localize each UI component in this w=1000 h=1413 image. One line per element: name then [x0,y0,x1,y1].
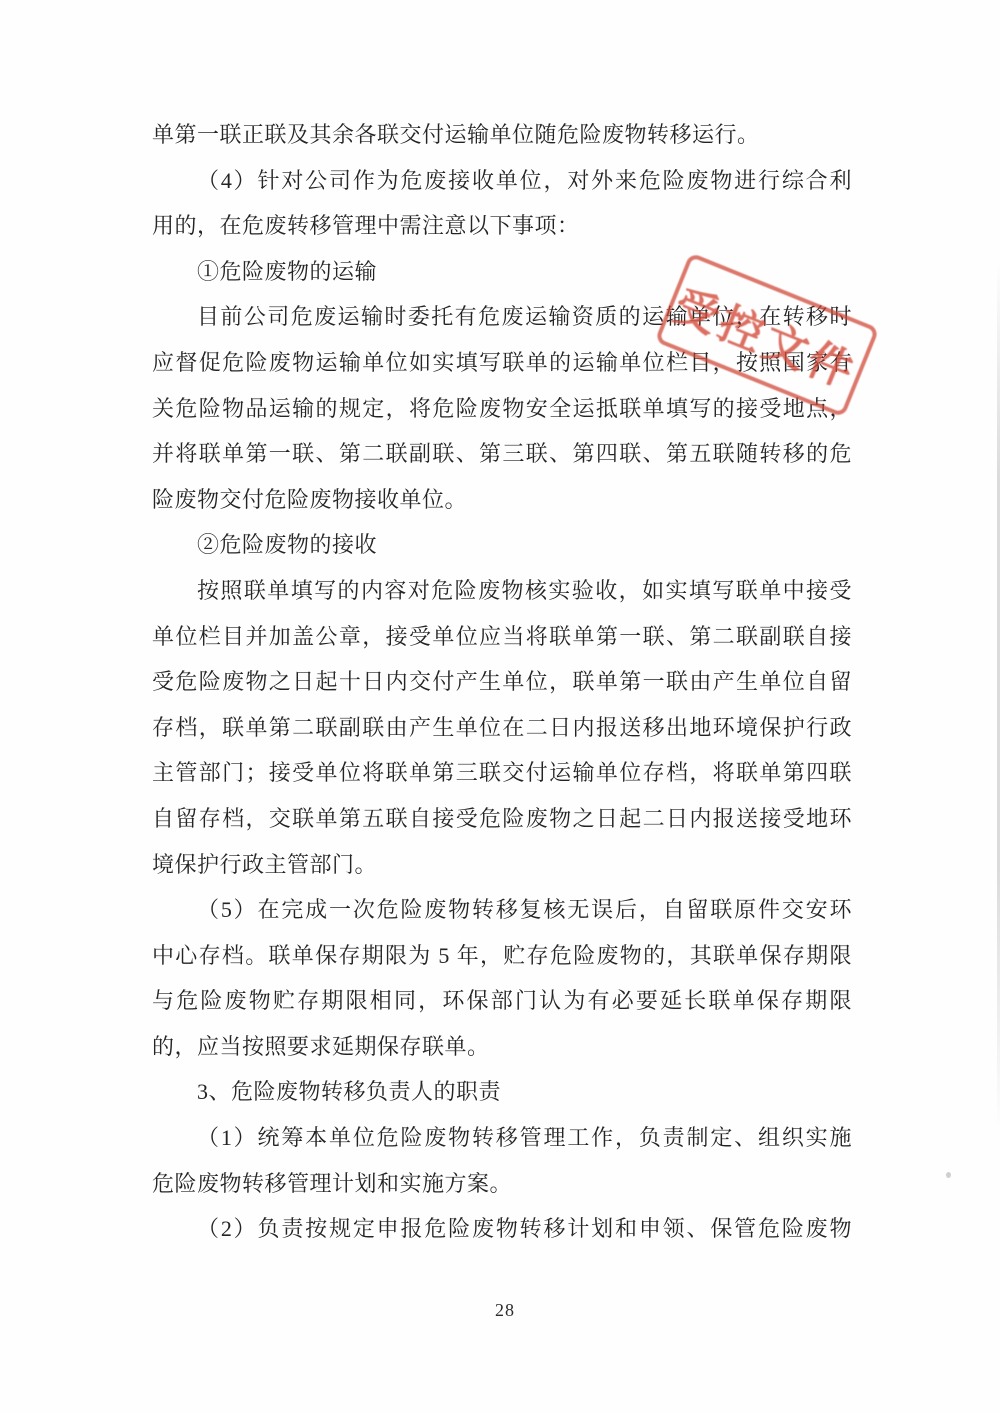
text-line: 自留存档，交联单第五联自接受危险废物之日起二日内报送接受地环 [152,796,852,842]
text-line: （4）针对公司作为危废接收单位，对外来危险废物进行综合利 [152,158,852,204]
text-line: 单位栏目并加盖公章，接受单位应当将联单第一联、第二联副联自接 [152,614,852,660]
text-line: 关危险物品运输的规定，将危险废物安全运抵联单填写的接受地点， [152,386,852,432]
page-number: 28 [0,1300,1000,1321]
text-line: 3、危险废物转移负责人的职责 [152,1069,852,1115]
text-line: 受危险废物之日起十日内交付产生单位，联单第一联由产生单位自留 [152,659,852,705]
text-line: 与危险废物贮存期限相同，环保部门认为有必要延长联单保存期限 [152,978,852,1024]
text-line: 的，应当按照要求延期保存联单。 [152,1024,852,1070]
text-line: 中心存档。联单保存期限为 5 年，贮存危险废物的，其联单保存期限 [152,933,852,979]
text-line: 单第一联正联及其余各联交付运输单位随危险废物转移运行。 [152,112,852,158]
text-line: （5）在完成一次危险废物转移复核无误后，自留联原件交安环 [152,887,852,933]
text-line: ②危险废物的接收 [152,522,852,568]
text-line: （2）负责按规定申报危险废物转移计划和申领、保管危险废物 [152,1206,852,1252]
text-line: 主管部门；接受单位将联单第三联交付运输单位存档，将联单第四联 [152,750,852,796]
text-line: 用的，在危废转移管理中需注意以下事项： [152,203,852,249]
text-line: 并将联单第一联、第二联副联、第三联、第四联、第五联随转移的危 [152,431,852,477]
scan-speck-artifact [946,1172,951,1178]
text-line: 按照联单填写的内容对危险废物核实验收，如实填写联单中接受 [152,568,852,614]
document-page: 单第一联正联及其余各联交付运输单位随危险废物转移运行。 （4）针对公司作为危废接… [0,0,1000,1413]
text-line: 险废物交付危险废物接收单位。 [152,477,852,523]
text-line: 存档，联单第二联副联由产生单位在二日内报送移出地环境保护行政 [152,705,852,751]
text-line: （1）统筹本单位危险废物转移管理工作，负责制定、组织实施 [152,1115,852,1161]
text-line: 境保护行政主管部门。 [152,842,852,888]
text-line: 危险废物转移管理计划和实施方案。 [152,1161,852,1207]
